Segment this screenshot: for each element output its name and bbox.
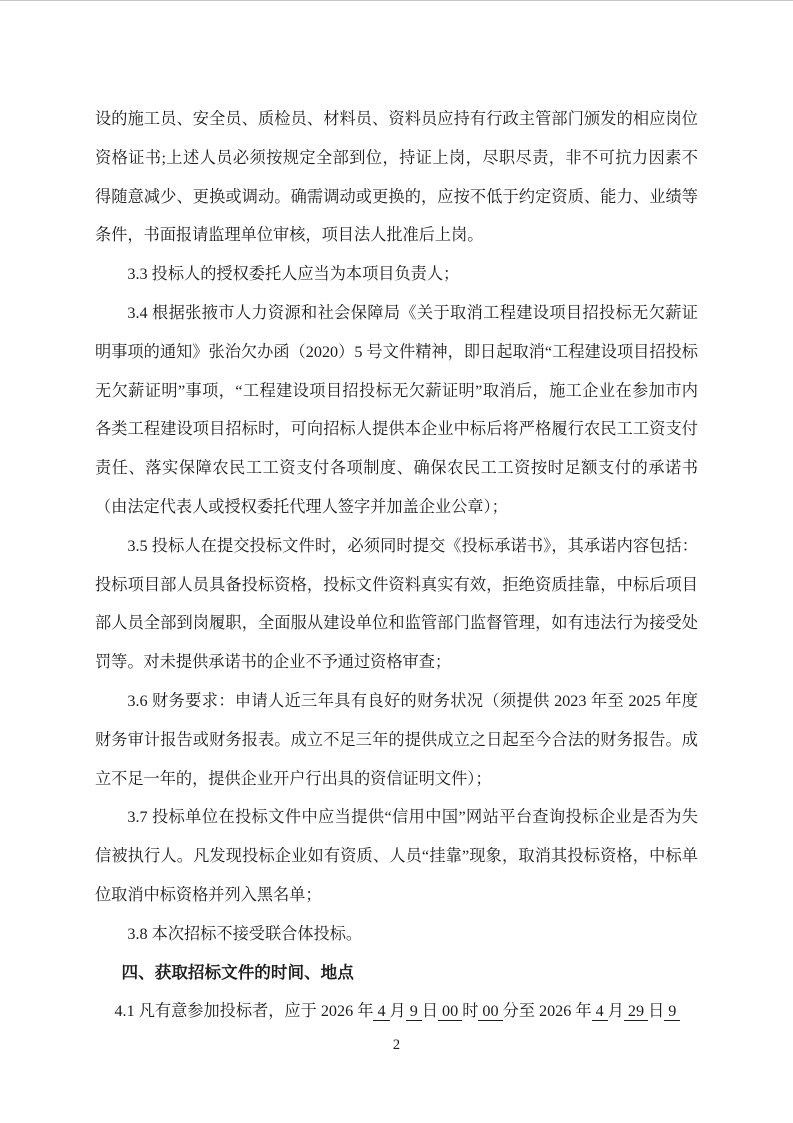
text-run: 月	[390, 1002, 406, 1020]
text-run: 设的施工员、安全员、质检员、材料员、资料员应持有行政主管部门颁发的相应岗位资格证…	[95, 110, 698, 244]
text-run: 3.5 投标人在提交投标文件时，必须同时提交《投标承诺书》，其承诺内容包括：投标…	[95, 537, 698, 671]
text-run: 3.7 投标单位在投标文件中应当提供“信用中国”网站平台查询投标企业是否为失信被…	[95, 808, 698, 904]
text-run: 分至 2026 年	[503, 1002, 592, 1020]
underlined-value: 29	[624, 1002, 648, 1021]
paragraph: 设的施工员、安全员、质检员、材料员、资料员应持有行政主管部门颁发的相应岗位资格证…	[95, 100, 698, 255]
document-body: 设的施工员、安全员、质检员、材料员、资料员应持有行政主管部门颁发的相应岗位资格证…	[95, 100, 698, 1031]
text-run: 3.3 投标人的授权委托人应当为本项目负责人；	[127, 265, 459, 283]
text-run: 3.6 财务要求：申请人近三年具有良好的财务状况（须提供 2023 年至 202…	[95, 692, 698, 788]
paragraph: 3.5 投标人在提交投标文件时，必须同时提交《投标承诺书》，其承诺内容包括：投标…	[95, 527, 698, 682]
page-number: 2	[0, 1037, 793, 1054]
text-run: 日	[648, 1002, 664, 1020]
text-run: 日	[422, 1002, 438, 1020]
paragraph: 4.1 凡有意参加投标者，应于 2026 年4月9日00时00分至 2026 年…	[95, 992, 698, 1031]
paragraph: 3.8 本次招标不接受联合体投标。	[95, 915, 698, 954]
section-heading: 四、获取招标文件的时间、地点	[95, 954, 698, 993]
underlined-value: 9	[406, 1002, 422, 1021]
underlined-value: 00	[438, 1002, 462, 1021]
paragraph: 3.4 根据张掖市人力资源和社会保障局《关于取消工程建设项目招投标无欠薪证明事项…	[95, 294, 698, 527]
document-page: 设的施工员、安全员、质检员、材料员、资料员应持有行政主管部门颁发的相应岗位资格证…	[0, 0, 793, 1123]
text-run: 四、获取招标文件的时间、地点	[122, 963, 354, 982]
underlined-value: 4	[592, 1002, 608, 1021]
text-run: 3.8 本次招标不接受联合体投标。	[127, 925, 362, 943]
underlined-value: 9	[664, 1002, 680, 1021]
text-run: 时	[462, 1002, 478, 1020]
paragraph: 3.6 财务要求：申请人近三年具有良好的财务状况（须提供 2023 年至 202…	[95, 682, 698, 798]
paragraph: 3.3 投标人的授权委托人应当为本项目负责人；	[95, 255, 698, 294]
underlined-value: 4	[373, 1002, 389, 1021]
paragraph: 3.7 投标单位在投标文件中应当提供“信用中国”网站平台查询投标企业是否为失信被…	[95, 798, 698, 914]
text-run: 4.1 凡有意参加投标者，应于 2026 年	[114, 1002, 373, 1020]
underlined-value: 00	[478, 1002, 502, 1021]
text-run: 月	[608, 1002, 624, 1020]
text-run: 3.4 根据张掖市人力资源和社会保障局《关于取消工程建设项目招投标无欠薪证明事项…	[95, 304, 698, 516]
